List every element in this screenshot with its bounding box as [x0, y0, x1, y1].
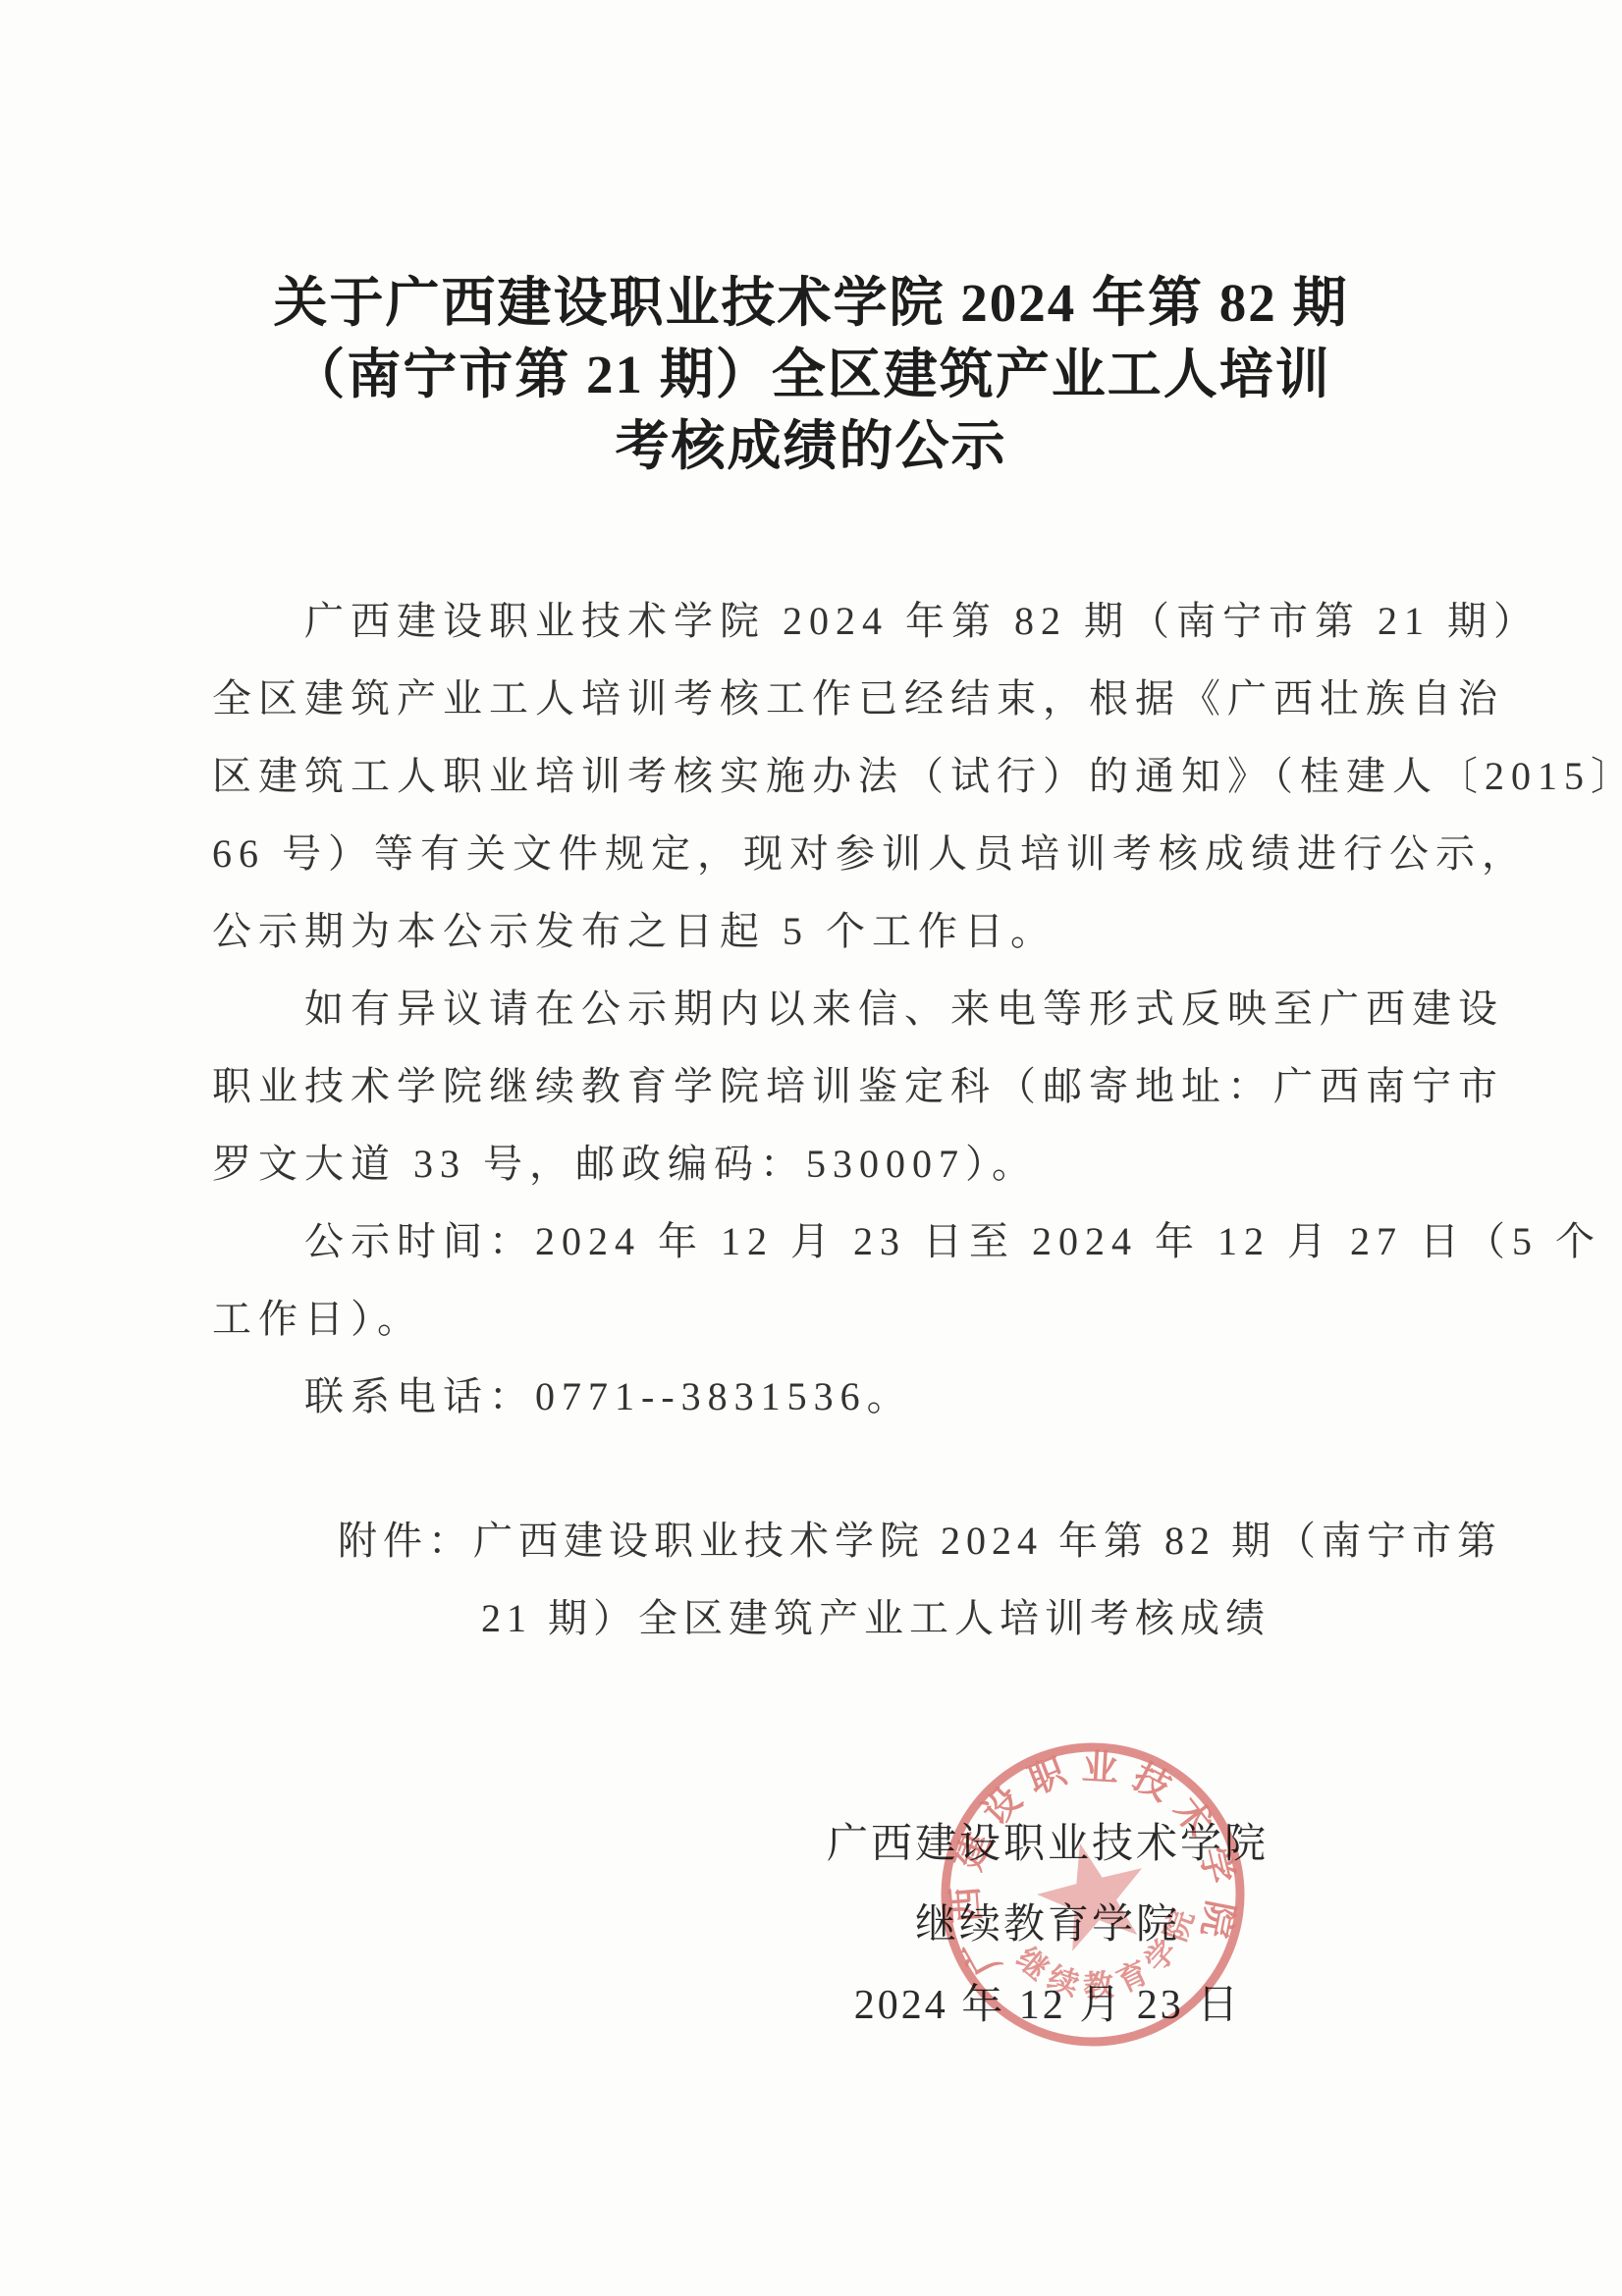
document-body: 广西建设职业技术学院 2024 年第 82 期（南宁市第 21 期） 全区建筑产… — [212, 582, 1479, 1435]
attachment-line-1: 附件：广西建设职业技术学院 2024 年第 82 期（南宁市第 — [338, 1502, 1502, 1579]
page-title: 关于广西建设职业技术学院 2024 年第 82 期 （南宁市第 21 期）全区建… — [0, 267, 1622, 482]
body-line: 如有异议请在公示期内以来信、来电等形式反映至广西建设 — [212, 970, 1479, 1047]
body-line: 罗文大道 33 号，邮政编码：530007）。 — [212, 1125, 1479, 1202]
body-line: 广西建设职业技术学院 2024 年第 82 期（南宁市第 21 期） — [212, 582, 1479, 660]
attachment-note: 附件：广西建设职业技术学院 2024 年第 82 期（南宁市第 21 期）全区建… — [338, 1502, 1502, 1657]
body-line: 工作日）。 — [212, 1280, 1479, 1358]
body-line: 公示时间：2024 年 12 月 23 日至 2024 年 12 月 27 日（… — [212, 1202, 1479, 1280]
page-title-line-1: 关于广西建设职业技术学院 2024 年第 82 期 — [0, 267, 1622, 339]
body-line: 区建筑工人职业培训考核实施办法（试行）的通知》（桂建人〔2015〕 — [212, 737, 1479, 815]
signature-org-line-1: 广西建设职业技术学院 — [807, 1804, 1288, 1885]
signature-block: 广西建设职业技术学院 继续教育学院 2024 年 12 月 23 日 — [807, 1804, 1288, 2046]
body-line: 联系电话：0771--3831536。 — [212, 1358, 1479, 1435]
attachment-line-2: 21 期）全区建筑产业工人培训考核成绩 — [338, 1579, 1502, 1657]
signature-date: 2024 年 12 月 23 日 — [807, 1965, 1288, 2046]
signature-org-line-2: 继续教育学院 — [807, 1885, 1288, 1965]
body-line: 66 号）等有关文件规定，现对参训人员培训考核成绩进行公示， — [212, 815, 1479, 892]
page-title-line-2: （南宁市第 21 期）全区建筑产业工人培训 — [0, 339, 1622, 410]
body-line: 全区建筑产业工人培训考核工作已经结束，根据《广西壮族自治 — [212, 660, 1479, 737]
body-line: 公示期为本公示发布之日起 5 个工作日。 — [212, 892, 1479, 970]
page-title-line-3: 考核成绩的公示 — [0, 410, 1622, 482]
document-page: 关于广西建设职业技术学院 2024 年第 82 期 （南宁市第 21 期）全区建… — [0, 0, 1622, 2296]
body-line: 职业技术学院继续教育学院培训鉴定科（邮寄地址：广西南宁市 — [212, 1047, 1479, 1125]
